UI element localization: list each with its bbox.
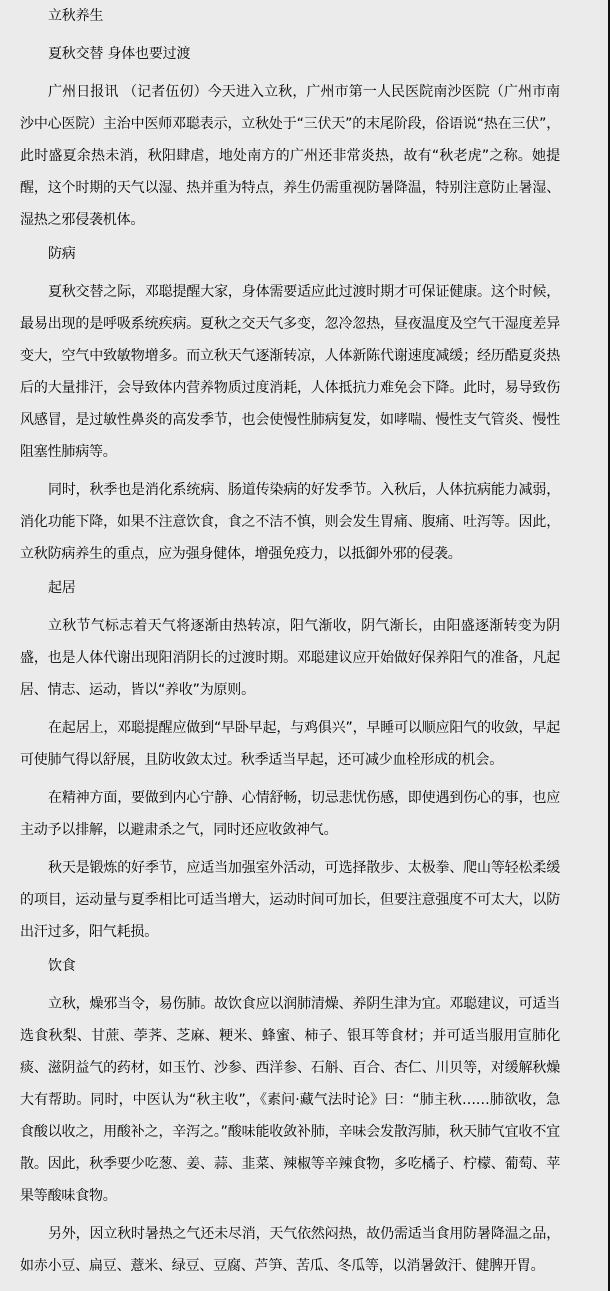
article-subtitle: 夏秋交替 身体也要过渡 [20,38,560,70]
paragraph: 另外，因立秋时暑热之气还未尽消，天气依然闷热，故仍需适当食用防暑降温之品，如赤小… [20,1218,560,1282]
section-heading-daily-routine: 起居 [20,572,560,604]
article-intro-paragraph: 广州日报讯 （记者伍仞）今天进入立秋，广州市第一人民医院南沙医院（广州市南沙中心… [20,76,560,236]
paragraph: 同时，秋季也是消化系统病、肠道传染病的好发季节。入秋后，人体抗病能力减弱，消化功… [20,474,560,570]
paragraph: 在起居上，邓聪提醒应做到“早卧早起，与鸡俱兴”，早睡可以顺应阳气的收敛，早起可使… [20,712,560,776]
section-heading-diet: 饮食 [20,950,560,982]
article-title: 立秋养生 [20,0,560,32]
paragraph: 立秋，燥邪当令，易伤肺。故饮食应以润肺清燥、养阴生津为宜。邓聪建议，可适当选食秋… [20,988,560,1212]
paragraph: 夏秋交替之际，邓聪提醒大家，身体需要适应此过渡时期才可保证健康。这个时候，最易出… [20,276,560,468]
section-heading-disease-prevention: 防病 [20,238,560,270]
paragraph: 秋天是锻炼的好季节，应适当加强室外活动，可选择散步、太极拳、爬山等轻松柔缓的项目… [20,852,560,948]
paragraph: 在精神方面，要做到内心宁静、心情舒畅，切忌悲忧伤感，即使遇到伤心的事，也应主动予… [20,782,560,846]
paragraph: 立秋节气标志着天气将逐渐由热转凉，阳气渐收，阴气渐长，由阳盛逐渐转变为阴盛，也是… [20,610,560,706]
article-body: 立秋养生 夏秋交替 身体也要过渡 广州日报讯 （记者伍仞）今天进入立秋，广州市第… [20,0,560,1282]
